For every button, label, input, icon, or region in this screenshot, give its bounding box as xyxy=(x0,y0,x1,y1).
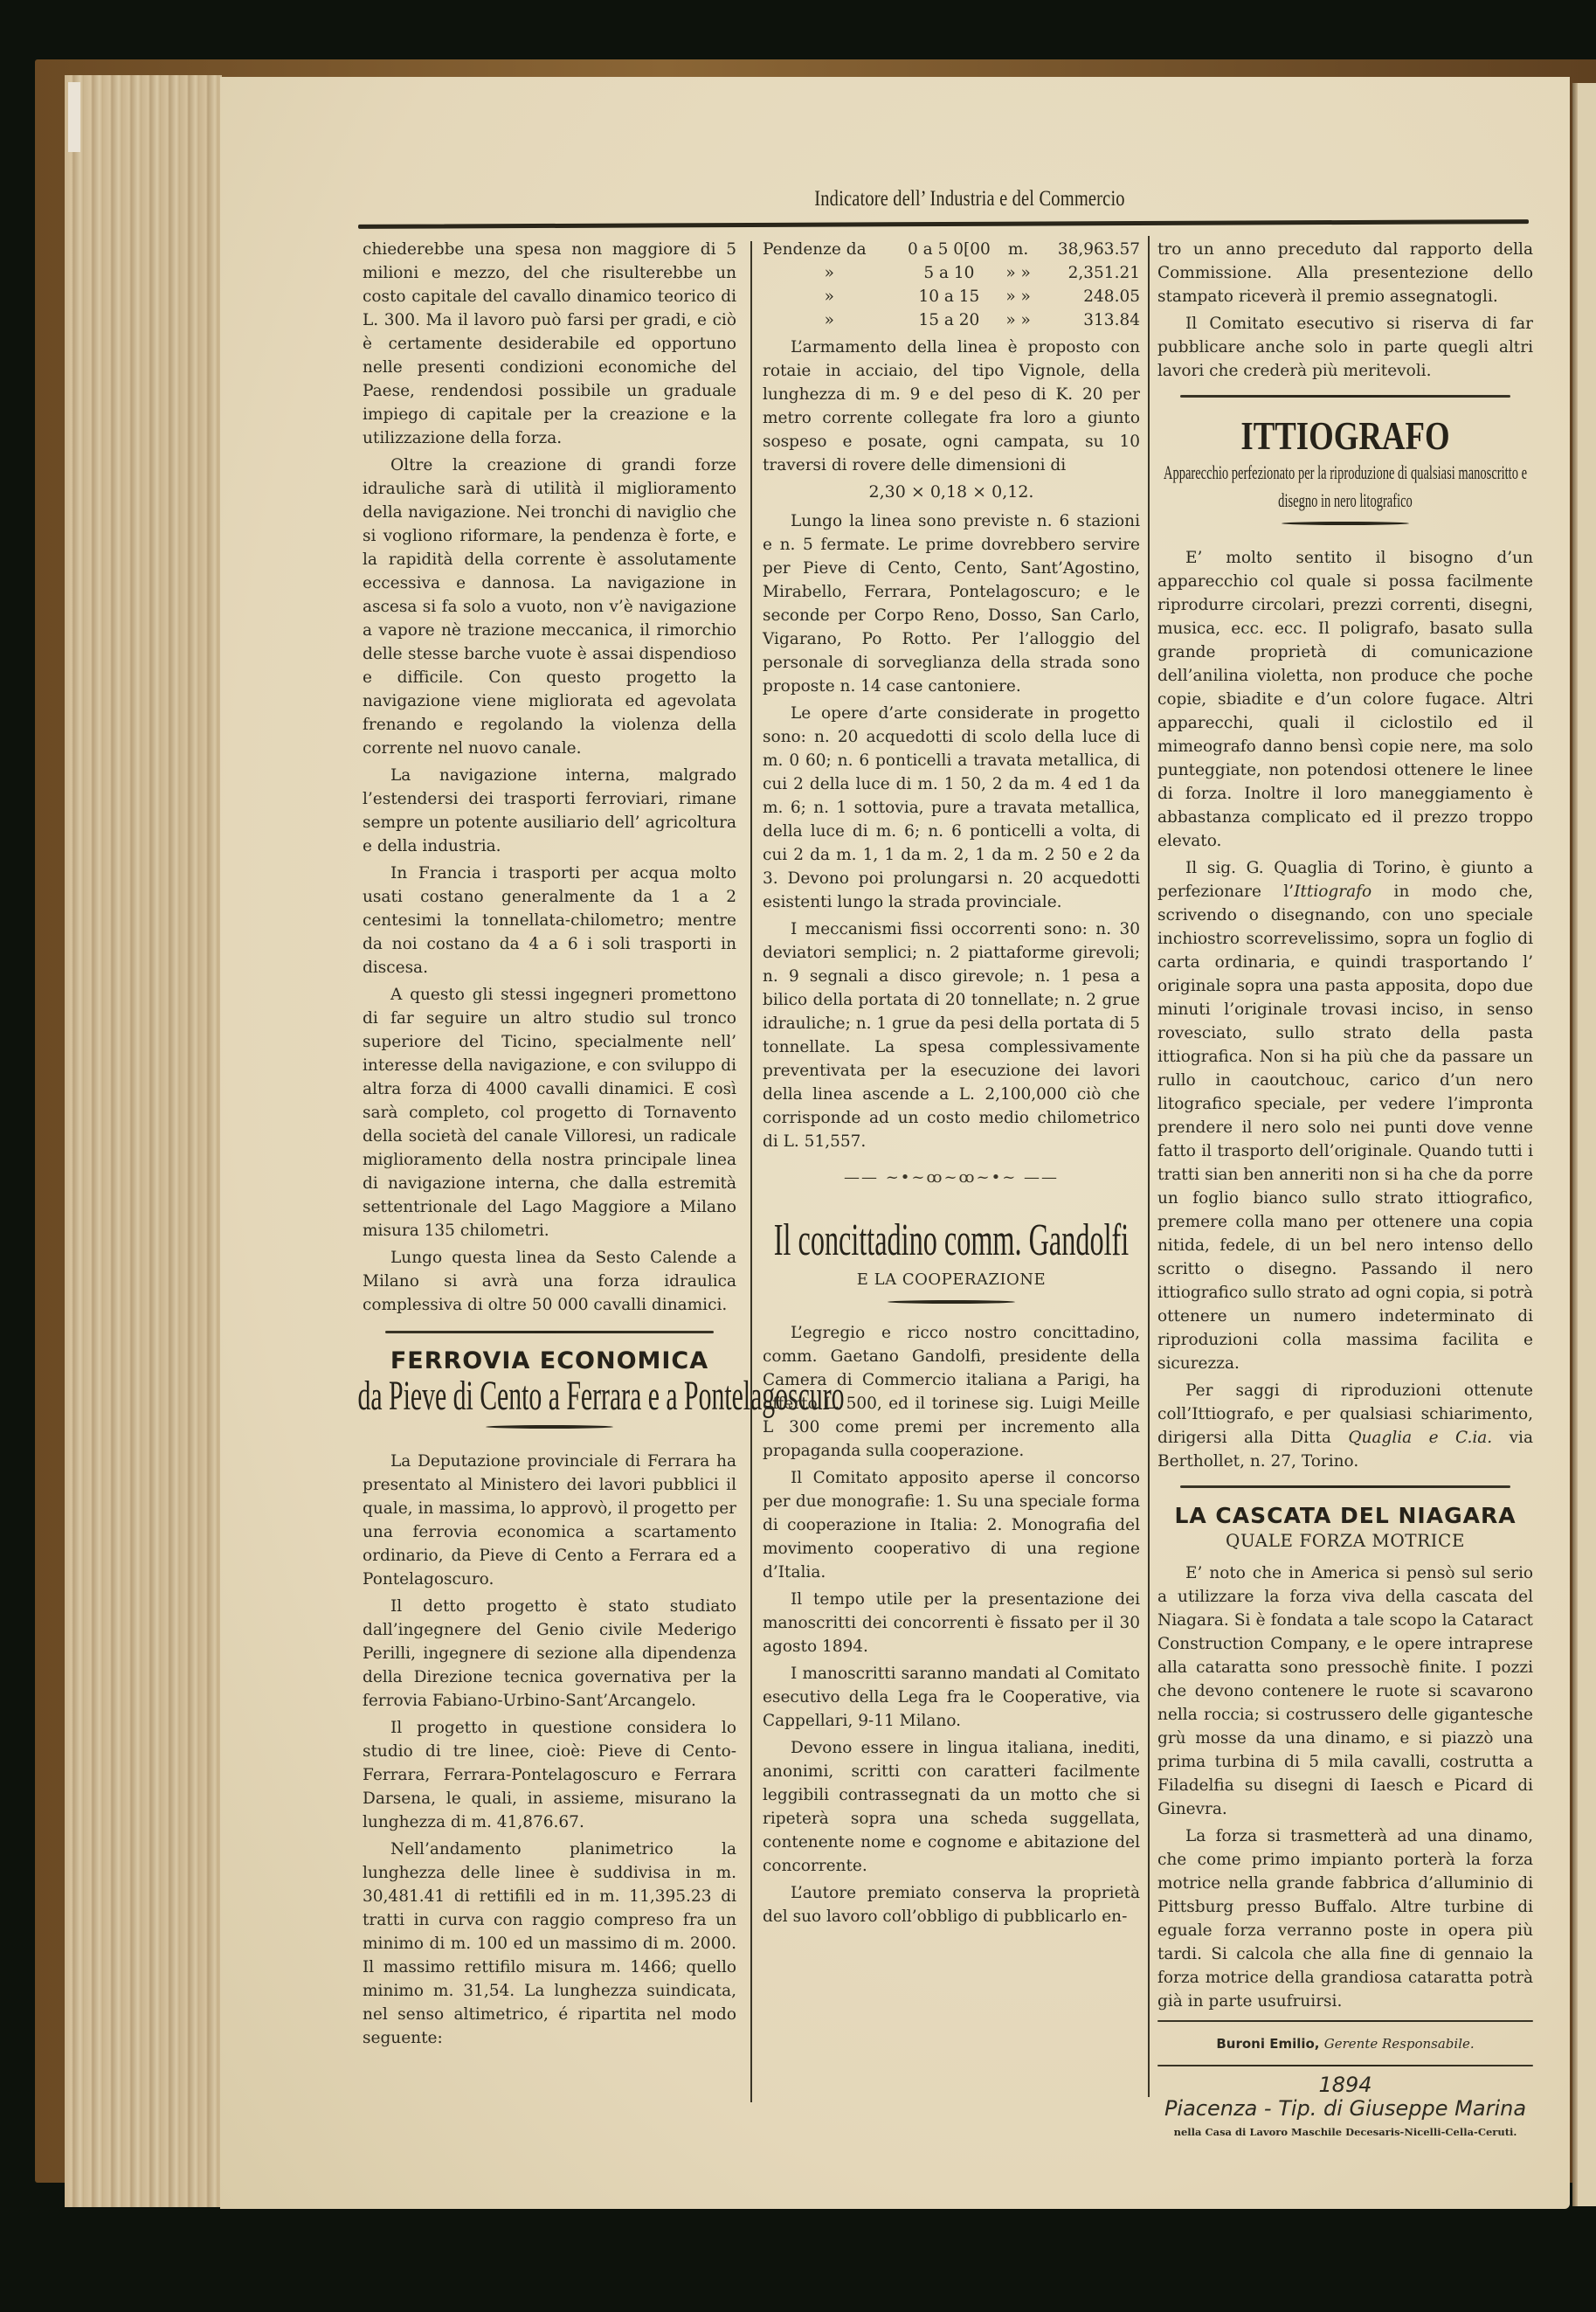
column-rule-1 xyxy=(750,241,752,2102)
imprint-rule xyxy=(1157,2065,1533,2066)
paragraph: Il tempo utile per la presentazione dei … xyxy=(763,1588,1140,1658)
paragraph: Le opere d’arte considerate in progetto … xyxy=(763,702,1140,914)
paragraph: tro un anno preceduto dal rapporto della… xyxy=(1157,238,1533,308)
paragraph: Per saggi di riproduzioni ottenute coll’… xyxy=(1157,1379,1533,1473)
row-unit: » » xyxy=(1002,308,1034,332)
paragraph: Il sig. G. Quaglia di Torino, è giunto a… xyxy=(1157,856,1533,1375)
paragraph: L’armamento della linea è proposto con r… xyxy=(763,336,1140,477)
section-divider xyxy=(1180,395,1510,398)
paragraph: Il detto progetto è stato studiato dall’… xyxy=(363,1595,736,1713)
facing-page-edge xyxy=(1578,83,1596,2206)
table-row: Pendenze da 0 a 5 0[00 m. 38,963.57 xyxy=(763,238,1140,261)
row-range: 0 a 5 0[00 xyxy=(896,238,1003,261)
imprint: Buroni Emilio, Gerente Responsabile. 189… xyxy=(1157,2032,1533,2144)
column-1: chiederebbe una spesa non maggiore di 5 … xyxy=(363,238,736,2053)
paragraph: Lungo questa linea da Sesto Calende a Mi… xyxy=(363,1246,736,1317)
paragraph: Oltre la creazione di grandi forze idrau… xyxy=(363,453,736,760)
table-row: » 10 a 15 » » 248.05 xyxy=(763,285,1140,308)
article-subtitle-ferrovia: da Pieve di Cento a Ferrara e a Pontelag… xyxy=(358,1373,742,1420)
section-divider xyxy=(385,1331,715,1333)
paragraph: E’ noto che in America si pensò sul seri… xyxy=(1157,1561,1533,1821)
ad-title-ittiografo: ITTIOGRAFO xyxy=(1195,413,1496,459)
paragraph: La forza si trasmetterà ad una dinamo, c… xyxy=(1157,1824,1533,2013)
article-subtitle-niagara: QUALE FORZA MOTRICE xyxy=(1157,1529,1533,1553)
article-title-niagara: LA CASCATA DEL NIAGARA xyxy=(1157,1504,1533,1527)
row-unit: m. xyxy=(1002,238,1034,261)
page-tab xyxy=(68,82,80,152)
row-range: 5 a 10 xyxy=(896,261,1003,285)
article-title-ferrovia: FERROVIA ECONOMICA xyxy=(363,1349,736,1373)
manager-signature: Buroni Emilio, Gerente Responsabile. xyxy=(1157,2032,1533,2056)
row-prefix: » xyxy=(763,261,896,285)
paragraph: Devono essere in lingua italiana, inedit… xyxy=(763,1736,1140,1878)
column-3: tro un anno preceduto dal rapporto della… xyxy=(1157,238,1533,2144)
paragraph: L’autore premiato conserva la proprietà … xyxy=(763,1881,1140,1928)
article-title-gandolfi: Il concittadino comm. Gandolfi xyxy=(758,1215,1143,1266)
article-subtitle-gandolfi: E LA COOPERAZIONE xyxy=(763,1268,1140,1291)
row-prefix: Pendenze da xyxy=(763,238,896,261)
row-value: 38,963.57 xyxy=(1034,238,1140,261)
section-divider xyxy=(1180,1485,1510,1488)
manager-name: Buroni Emilio, xyxy=(1216,2036,1319,2052)
paragraph: E’ molto sentito il bisogno d’un apparec… xyxy=(1157,546,1533,853)
row-unit: » » xyxy=(1002,261,1034,285)
imprint-year: 1894 xyxy=(1157,2073,1533,2097)
paragraph: La Deputazione provinciale di Ferrara ha… xyxy=(363,1450,736,1591)
paragraph: A questo gli stessi ingegneri promettono… xyxy=(363,983,736,1243)
paragraph: L’egregio e ricco nostro concittadino, c… xyxy=(763,1321,1140,1463)
row-range: 10 a 15 xyxy=(896,285,1003,308)
paragraph: Il Comitato esecutivo si riserva di far … xyxy=(1157,312,1533,383)
title-ornament-rule xyxy=(888,1300,1016,1304)
column-rule-2 xyxy=(1148,236,1150,2097)
ad-subtitle-ittiografo: Apparecchio perfezionato per la riproduz… xyxy=(1158,459,1533,515)
manager-role: Gerente Responsabile. xyxy=(1324,2036,1475,2052)
paragraph: La navigazione interna, malgrado l’esten… xyxy=(363,764,736,858)
ornamental-divider: —— ~•~ꝏ~ꝏ~•~ —— xyxy=(763,1166,1140,1189)
printer-line: Piacenza - Tip. di Giuseppe Marina xyxy=(1157,2097,1533,2121)
row-prefix: » xyxy=(763,285,896,308)
paragraph: chiederebbe una spesa non maggiore di 5 … xyxy=(363,238,736,450)
italic-run: Quaglia e C.ia. xyxy=(1348,1429,1492,1447)
gradients-table: Pendenze da 0 a 5 0[00 m. 38,963.57 » 5 … xyxy=(763,238,1140,332)
title-ornament-rule xyxy=(486,1425,613,1429)
column-2: Pendenze da 0 a 5 0[00 m. 38,963.57 » 5 … xyxy=(763,238,1140,1932)
dimensions-formula: 2,30 × 0,18 × 0,12. xyxy=(763,481,1140,504)
printer-house-line: nella Casa di Lavoro Maschile Decesaris-… xyxy=(1157,2121,1533,2144)
row-value: 2,351.21 xyxy=(1034,261,1140,285)
imprint-rule xyxy=(1157,2020,1533,2022)
title-ornament-rule xyxy=(1282,522,1409,525)
row-prefix: » xyxy=(763,308,896,332)
paragraph: I meccanismi fissi occorrenti sono: n. 3… xyxy=(763,917,1140,1153)
italic-run: Ittiografo xyxy=(1294,883,1371,901)
row-range: 15 a 20 xyxy=(896,308,1003,332)
row-unit: » » xyxy=(1002,285,1034,308)
text-run: in modo che, scrivendo o disegnando, con… xyxy=(1157,883,1533,1373)
row-value: 248.05 xyxy=(1034,285,1140,308)
table-row: » 15 a 20 » » 313.84 xyxy=(763,308,1140,332)
row-value: 313.84 xyxy=(1034,308,1140,332)
paragraph: I manoscritti saranno mandati al Comitat… xyxy=(763,1662,1140,1733)
paragraph: In Francia i trasporti per acqua molto u… xyxy=(363,862,736,979)
page-edges xyxy=(65,75,222,2207)
paragraph: Il progetto in questione considera lo st… xyxy=(363,1716,736,1834)
paragraph: Il Comitato apposito aperse il concorso … xyxy=(763,1466,1140,1584)
table-row: » 5 a 10 » » 2,351.21 xyxy=(763,261,1140,285)
paragraph: Lungo la linea sono previste n. 6 stazio… xyxy=(763,509,1140,698)
paragraph: Nell’andamento planimetrico la lunghezza… xyxy=(363,1838,736,2050)
running-title: Indicatore dell’ Industria e del Commerc… xyxy=(805,187,1134,211)
